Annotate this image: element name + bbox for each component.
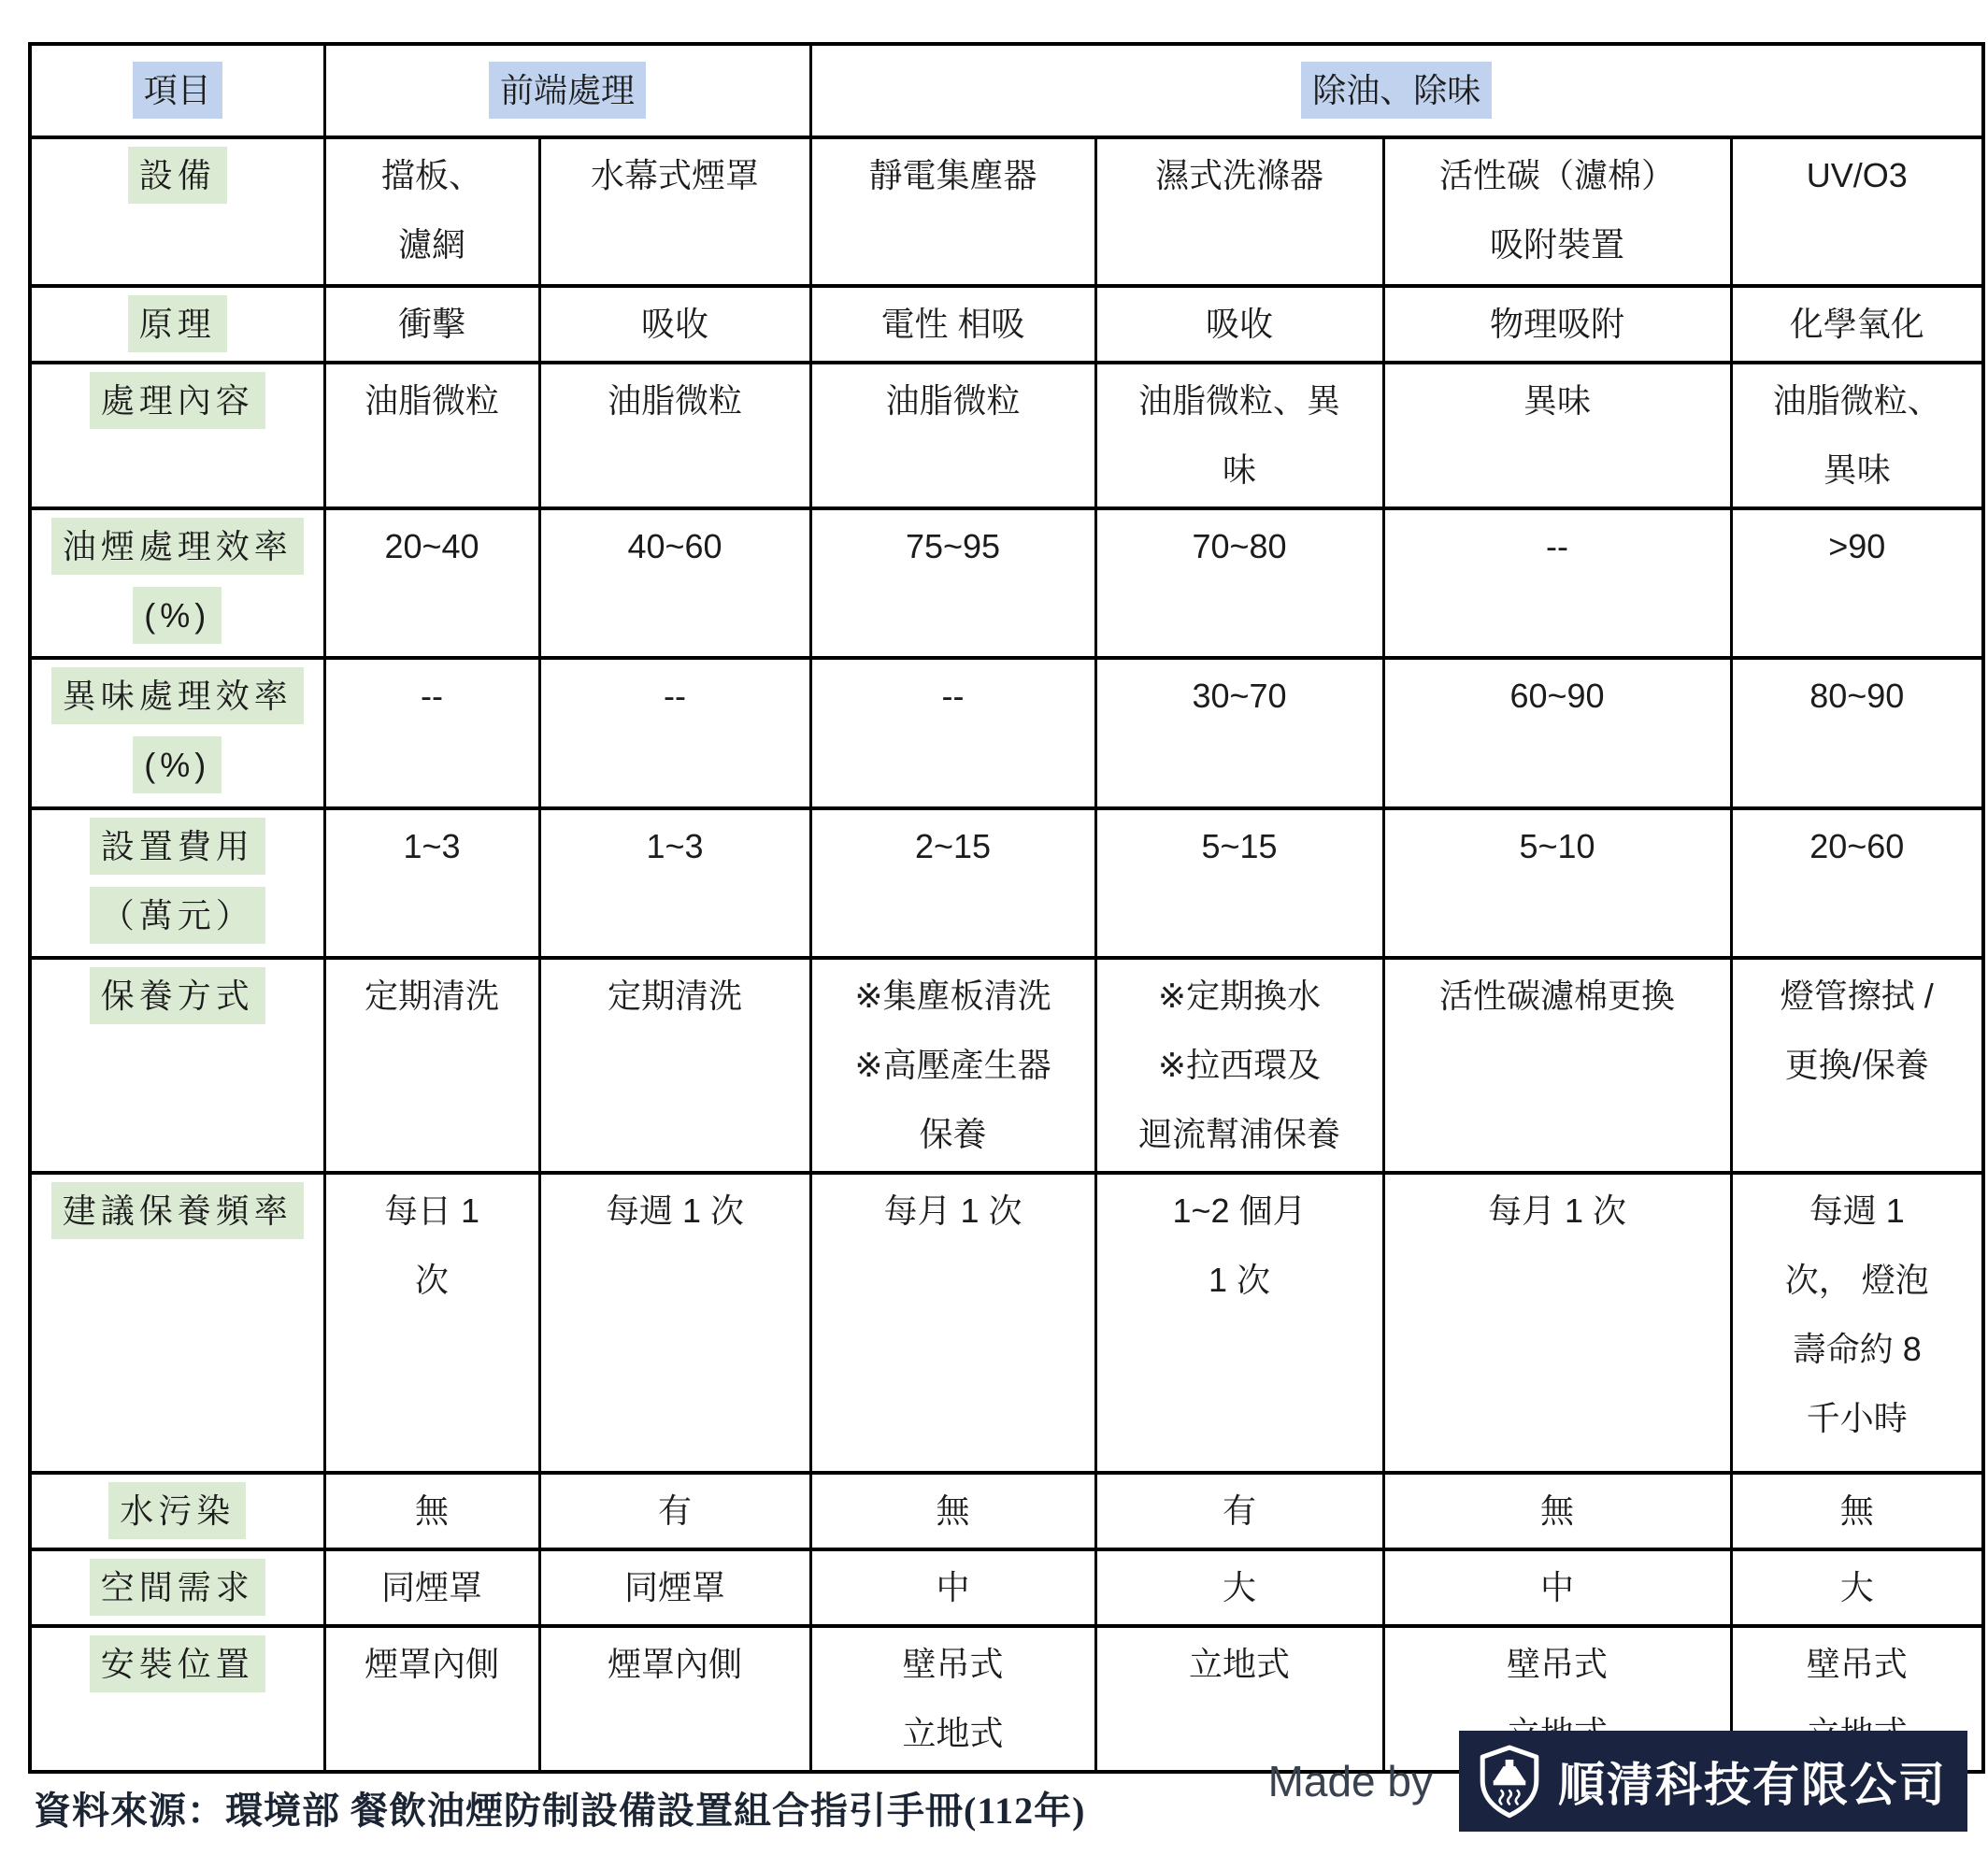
row-label-cell: 油煙處理效率(%)	[30, 508, 324, 658]
row-label-cell: 異味處理效率(%)	[30, 658, 324, 808]
table-row-content: 處理內容 油脂微粒 油脂微粒 油脂微粒 油脂微粒、異 味 異味 油脂微粒、 異味	[30, 363, 1983, 508]
data-cell: 1~3	[539, 808, 810, 958]
data-cell: 5~10	[1383, 808, 1731, 958]
table-row-principle: 原理 衝擊 吸收 電性 相吸 吸收 物理吸附 化學氧化	[30, 286, 1983, 363]
row-label: 水污染	[108, 1482, 246, 1539]
data-cell: 中	[810, 1549, 1095, 1626]
data-cell: 電性 相吸	[810, 286, 1095, 363]
data-cell: 無	[1731, 1473, 1983, 1549]
data-cell: 40~60	[539, 508, 810, 658]
data-cell: 定期清洗	[539, 958, 810, 1173]
data-cell: 同煙罩	[324, 1549, 539, 1626]
source-note: 資料來源：環境部 餐飲油煙防制設備設置組合指引手冊(112年)	[34, 1781, 1085, 1834]
data-cell: 2~15	[810, 808, 1095, 958]
data-cell: 70~80	[1095, 508, 1383, 658]
page: 項目 前端處理 除油、除味 設備 擋板、 濾網 水幕式煙罩 靜電集塵器 濕式洗滌…	[0, 0, 1988, 1869]
row-label-unit: （萬元）	[90, 887, 265, 944]
header-item-label: 項目	[133, 62, 222, 119]
row-label-cell: 建議保養頻率	[30, 1173, 324, 1473]
data-cell: 無	[324, 1473, 539, 1549]
data-cell: 吸收	[539, 286, 810, 363]
row-label: 設置費用	[90, 818, 265, 875]
data-cell: 活性碳（濾棉） 吸附裝置	[1383, 137, 1731, 286]
data-cell: 20~60	[1731, 808, 1983, 958]
row-label: 安裝位置	[90, 1635, 265, 1692]
row-label-unit: (%)	[133, 736, 222, 793]
data-cell: 油脂微粒、異 味	[1095, 363, 1383, 508]
row-label-cell: 處理內容	[30, 363, 324, 508]
data-cell: 中	[1383, 1549, 1731, 1626]
data-cell: 靜電集塵器	[810, 137, 1095, 286]
data-cell: >90	[1731, 508, 1983, 658]
row-label: 異味處理效率	[51, 667, 304, 724]
data-cell: 油脂微粒	[324, 363, 539, 508]
data-cell: --	[539, 658, 810, 808]
data-cell: 油脂微粒	[810, 363, 1095, 508]
data-cell: 5~15	[1095, 808, 1383, 958]
data-cell: 油脂微粒、 異味	[1731, 363, 1983, 508]
data-cell: 20~40	[324, 508, 539, 658]
data-cell: 每週 1 次， 燈泡 壽命約 8 千小時	[1731, 1173, 1983, 1473]
table-row-water-pollution: 水污染 無 有 無 有 無 無	[30, 1473, 1983, 1549]
row-label-cell: 設置費用（萬元）	[30, 808, 324, 958]
row-label: 建議保養頻率	[51, 1182, 304, 1239]
data-cell: 吸收	[1095, 286, 1383, 363]
data-cell: 油脂微粒	[539, 363, 810, 508]
data-cell: --	[810, 658, 1095, 808]
made-by-row: Made by 順清科技有限公司	[1268, 1731, 1967, 1832]
data-cell: 濕式洗滌器	[1095, 137, 1383, 286]
table-row-maintenance: 保養方式 定期清洗 定期清洗 ※集塵板清洗 ※高壓產生器 保養 ※定期換水 ※拉…	[30, 958, 1983, 1173]
row-label-cell: 安裝位置	[30, 1626, 324, 1772]
company-name: 順清科技有限公司	[1558, 1748, 1947, 1815]
table-header-row: 項目 前端處理 除油、除味	[30, 44, 1983, 137]
row-label-cell: 保養方式	[30, 958, 324, 1173]
table-row-equipment: 設備 擋板、 濾網 水幕式煙罩 靜電集塵器 濕式洗滌器 活性碳（濾棉） 吸附裝置…	[30, 137, 1983, 286]
data-cell: 定期清洗	[324, 958, 539, 1173]
shield-hood-icon	[1476, 1744, 1543, 1819]
table-row-oil-efficiency: 油煙處理效率(%) 20~40 40~60 75~95 70~80 -- >90	[30, 508, 1983, 658]
table-row-odor-efficiency: 異味處理效率(%) -- -- -- 30~70 60~90 80~90	[30, 658, 1983, 808]
data-cell: 有	[539, 1473, 810, 1549]
data-cell: 75~95	[810, 508, 1095, 658]
data-cell: 每月 1 次	[810, 1173, 1095, 1473]
header-front-label: 前端處理	[489, 62, 646, 119]
table-container: 項目 前端處理 除油、除味 設備 擋板、 濾網 水幕式煙罩 靜電集塵器 濕式洗滌…	[28, 42, 1985, 1774]
data-cell: 每日 1 次	[324, 1173, 539, 1473]
data-cell: 大	[1095, 1549, 1383, 1626]
data-cell: 煙罩內側	[539, 1626, 810, 1772]
data-cell: 每月 1 次	[1383, 1173, 1731, 1473]
row-label: 原理	[128, 295, 227, 352]
data-cell: 同煙罩	[539, 1549, 810, 1626]
data-cell: 1~3	[324, 808, 539, 958]
row-label: 空間需求	[90, 1559, 265, 1616]
data-cell: 活性碳濾棉更換	[1383, 958, 1731, 1173]
data-cell: 壁吊式 立地式	[810, 1626, 1095, 1772]
company-badge: 順清科技有限公司	[1459, 1731, 1967, 1832]
data-cell: 擋板、 濾網	[324, 137, 539, 286]
data-cell: 物理吸附	[1383, 286, 1731, 363]
data-cell: 30~70	[1095, 658, 1383, 808]
data-cell: ※定期換水 ※拉西環及 迴流幫浦保養	[1095, 958, 1383, 1173]
made-by-label: Made by	[1268, 1756, 1433, 1806]
data-cell: --	[324, 658, 539, 808]
row-label: 處理內容	[90, 372, 265, 429]
row-label-cell: 原理	[30, 286, 324, 363]
data-cell: 有	[1095, 1473, 1383, 1549]
row-label-unit: (%)	[133, 587, 222, 644]
data-cell: --	[1383, 508, 1731, 658]
data-cell: 60~90	[1383, 658, 1731, 808]
header-deodor-cell: 除油、除味	[810, 44, 1983, 137]
row-label-cell: 水污染	[30, 1473, 324, 1549]
table-row-cost: 設置費用（萬元） 1~3 1~3 2~15 5~15 5~10 20~60	[30, 808, 1983, 958]
data-cell: 衝擊	[324, 286, 539, 363]
data-cell: 燈管擦拭 / 更換/保養	[1731, 958, 1983, 1173]
data-cell: 化學氧化	[1731, 286, 1983, 363]
row-label: 設備	[128, 147, 227, 204]
data-cell: 大	[1731, 1549, 1983, 1626]
data-cell: 每週 1 次	[539, 1173, 810, 1473]
data-cell: 1~2 個月 1 次	[1095, 1173, 1383, 1473]
data-cell: 異味	[1383, 363, 1731, 508]
row-label-cell: 空間需求	[30, 1549, 324, 1626]
comparison-table: 項目 前端處理 除油、除味 設備 擋板、 濾網 水幕式煙罩 靜電集塵器 濕式洗滌…	[28, 42, 1985, 1774]
header-front-cell: 前端處理	[324, 44, 810, 137]
row-label: 油煙處理效率	[51, 518, 304, 575]
data-cell: 無	[1383, 1473, 1731, 1549]
data-cell: 水幕式煙罩	[539, 137, 810, 286]
data-cell: 煙罩內側	[324, 1626, 539, 1772]
header-deodor-label: 除油、除味	[1301, 62, 1492, 119]
data-cell: 80~90	[1731, 658, 1983, 808]
table-row-space: 空間需求 同煙罩 同煙罩 中 大 中 大	[30, 1549, 1983, 1626]
table-row-frequency: 建議保養頻率 每日 1 次 每週 1 次 每月 1 次 1~2 個月 1 次 每…	[30, 1173, 1983, 1473]
data-cell: UV/O3	[1731, 137, 1983, 286]
row-label: 保養方式	[90, 967, 265, 1024]
data-cell: 無	[810, 1473, 1095, 1549]
data-cell: ※集塵板清洗 ※高壓產生器 保養	[810, 958, 1095, 1173]
row-label-cell: 設備	[30, 137, 324, 286]
header-item-cell: 項目	[30, 44, 324, 137]
